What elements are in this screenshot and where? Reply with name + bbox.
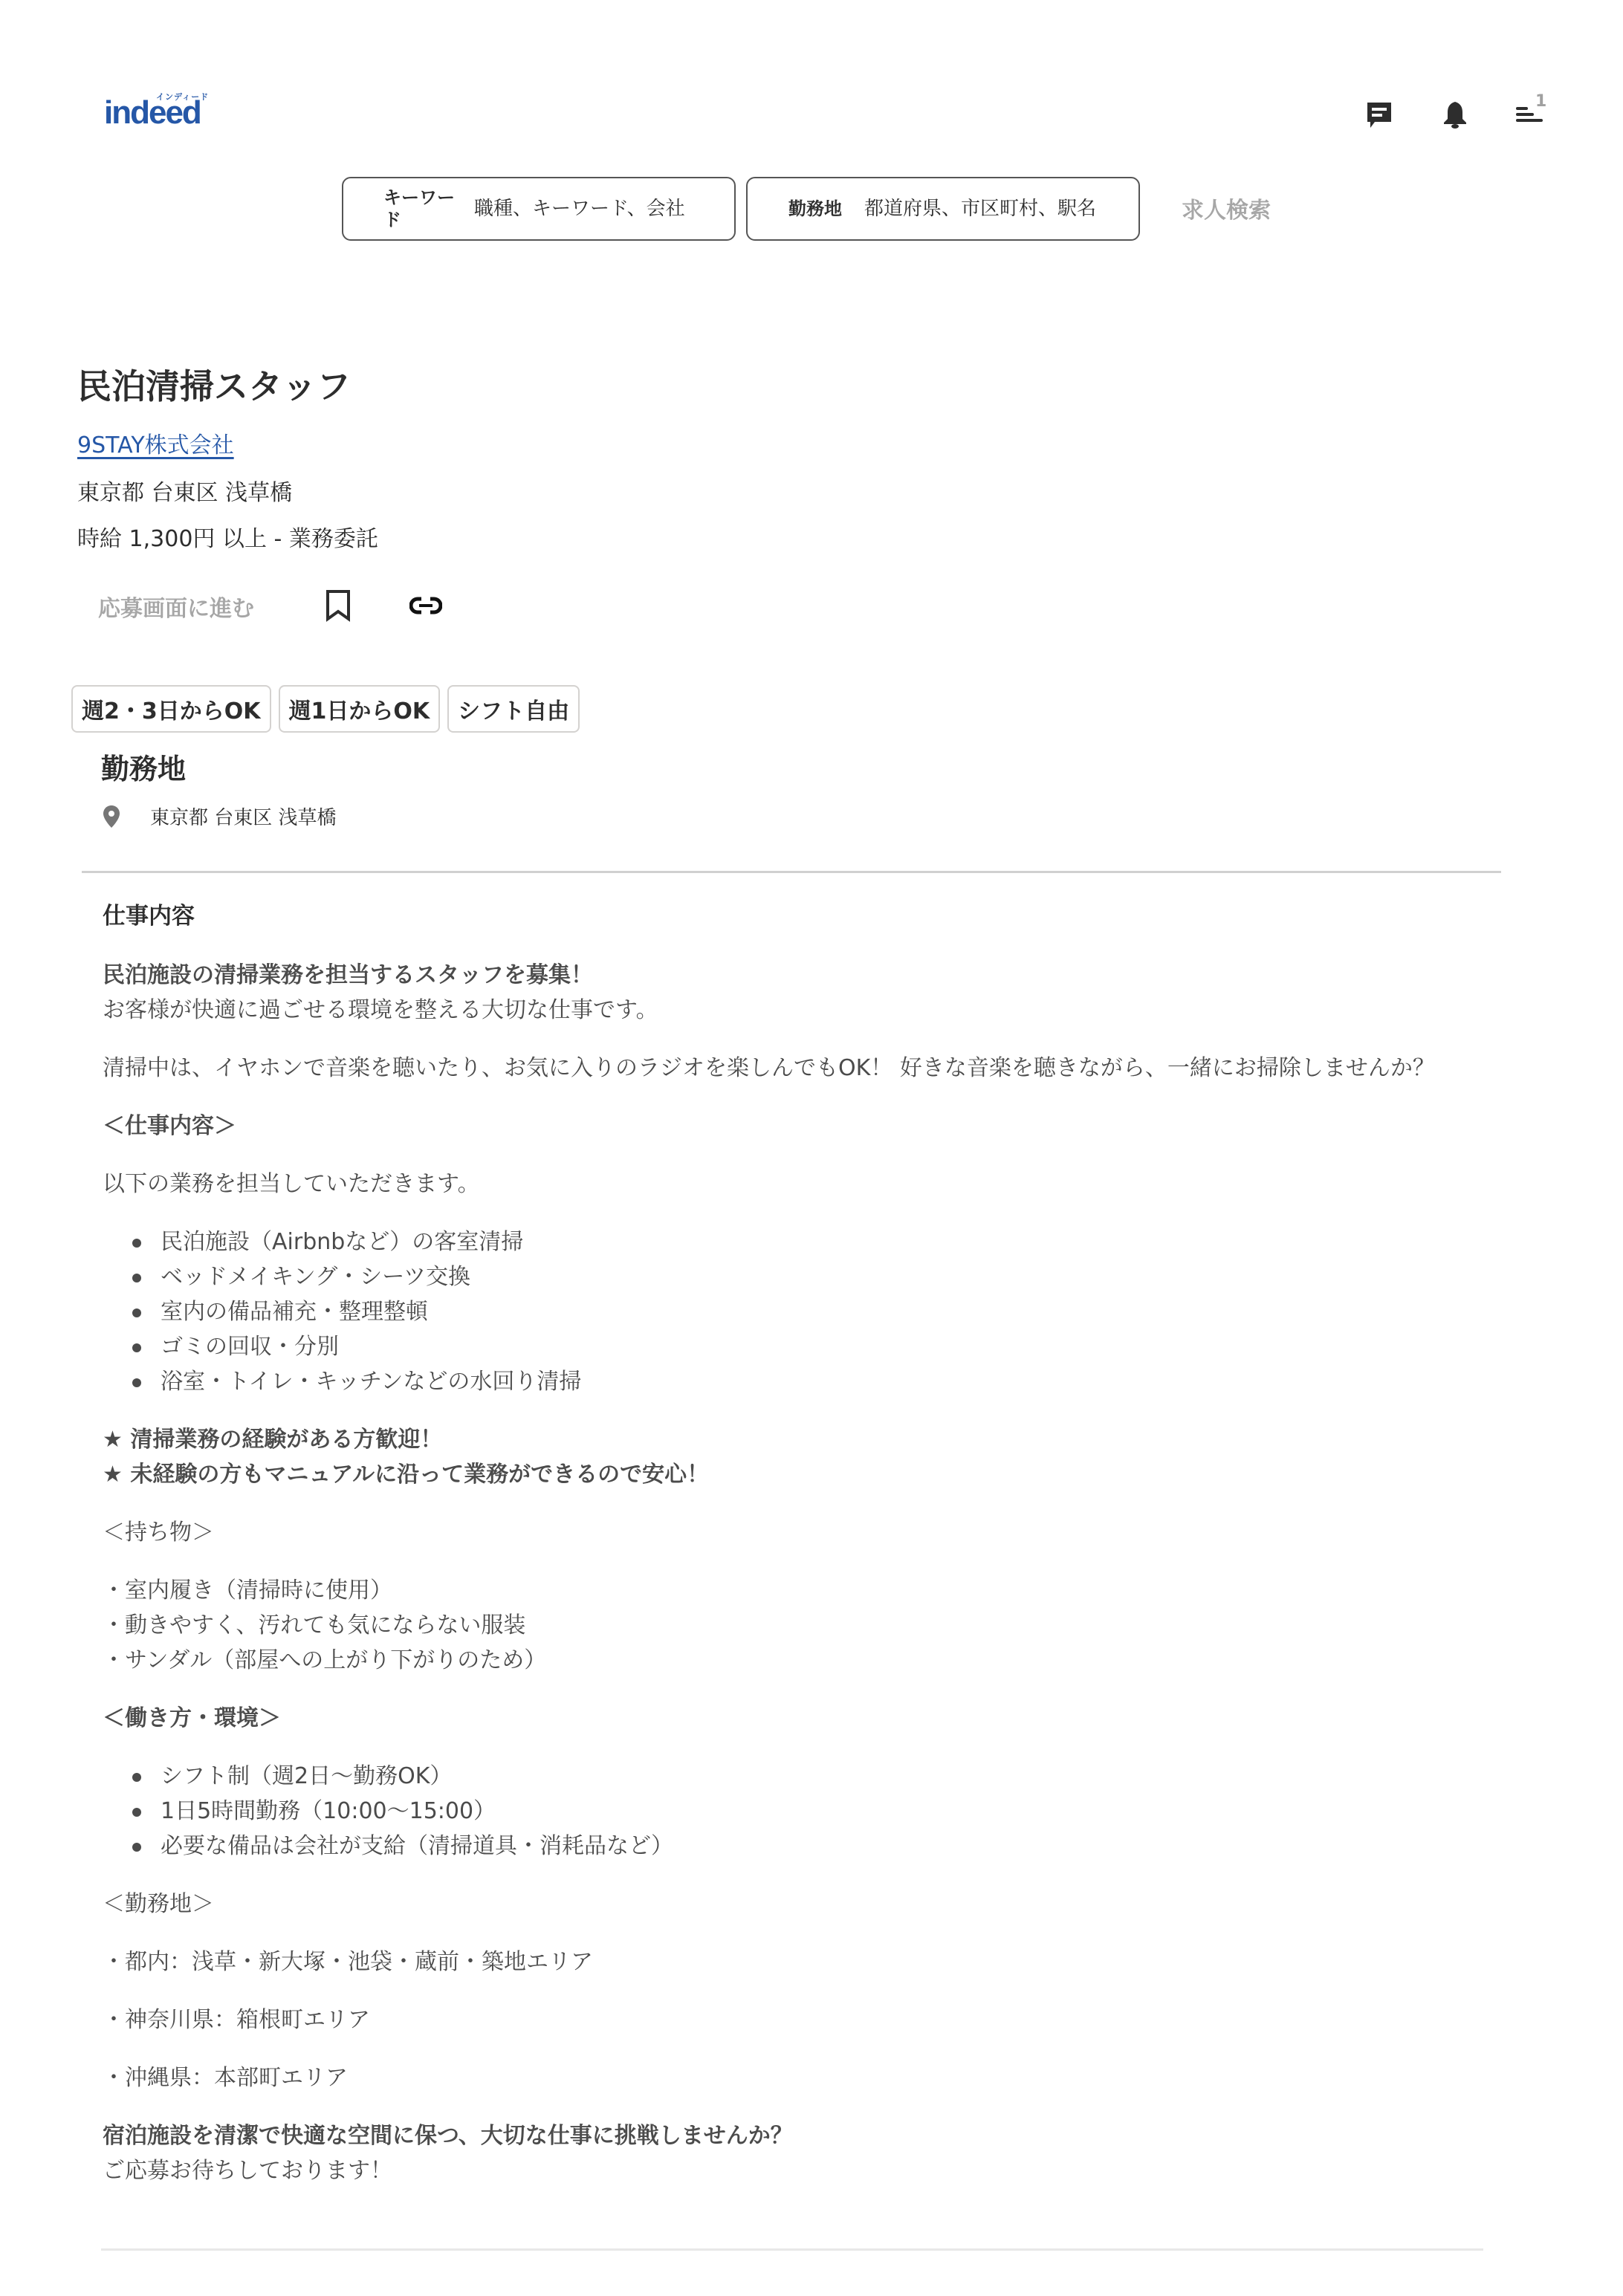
- workstyle-heading: ＜働き方・環境＞: [103, 1701, 1500, 1736]
- logo-text: indeed: [104, 94, 201, 132]
- job-tag: 週2・3日からOK: [71, 685, 271, 733]
- duties-heading: ＜仕事内容＞: [103, 1109, 1500, 1144]
- indeed-logo[interactable]: インディード indeed: [104, 91, 216, 135]
- location-input[interactable]: [864, 198, 1095, 220]
- location-pin-icon: [103, 805, 120, 828]
- area-item: ・沖縄県：本部町エリア: [103, 2060, 1500, 2095]
- job-tags: 週2・3日からOK 週1日からOK シフト自由: [71, 685, 580, 733]
- location-search-field[interactable]: 勤務地: [746, 177, 1140, 241]
- company-link[interactable]: 9STAY株式会社: [77, 427, 234, 459]
- menu-badge: 1: [1535, 92, 1546, 111]
- job-tag: シフト自由: [447, 685, 580, 733]
- list-item: 浴室・トイレ・キッチンなどの水回り清掃: [132, 1364, 1500, 1399]
- duties-intro: 以下の業務を担当していただきます。: [103, 1167, 1500, 1201]
- save-job-button[interactable]: [320, 587, 357, 624]
- workplace-location: 東京都 台東区 浅草橋: [103, 802, 337, 830]
- apply-button[interactable]: 応募画面に進む: [98, 590, 254, 623]
- copy-link-button[interactable]: [407, 587, 444, 624]
- intro-bold: 民泊施設の清掃業務を担当するスタッフを募集！: [103, 962, 593, 988]
- link-icon: [409, 594, 442, 617]
- intro-text: お客様が快適に過ごせる環境を整える大切な仕事です。: [103, 997, 658, 1023]
- belonging-item: ・動きやすく、汚れても気にならない服装: [103, 1612, 525, 1638]
- bottom-divider: [101, 2248, 1483, 2251]
- workstyle-list: シフト制（週2日〜勤務OK） 1日5時間勤務（10:00〜15:00） 必要な備…: [132, 1759, 1500, 1864]
- section-divider: [82, 871, 1501, 873]
- list-item: ベッドメイキング・シーツ交換: [132, 1259, 1500, 1294]
- closing-bold: 宿泊施設を清潔で快適な空間に保つ、大切な仕事に挑戦しませんか？: [103, 2123, 793, 2149]
- list-item: 1日5時間勤務（10:00〜15:00）: [132, 1794, 1500, 1829]
- area-item: ・都内：浅草・新大塚・池袋・蔵前・築地エリア: [103, 1945, 1500, 1979]
- star-note: ★ 清掃業務の経験がある方歓迎！: [103, 1427, 442, 1453]
- list-item: 民泊施設（Airbnbなど）の客室清掃: [132, 1225, 1500, 1259]
- location-label: 勤務地: [788, 198, 842, 220]
- workplace-heading: 勤務地: [101, 746, 186, 787]
- bookmark-icon: [325, 589, 352, 622]
- keyword-input[interactable]: [474, 198, 704, 220]
- job-description: 仕事内容 民泊施設の清掃業務を担当するスタッフを募集！ お客様が快適に過ごせる環…: [103, 899, 1500, 2211]
- closing-text: ご応募お待ちしております！: [103, 2158, 392, 2184]
- description-heading: 仕事内容: [103, 899, 1500, 934]
- belongings-heading: ＜持ち物＞: [103, 1515, 1500, 1550]
- list-item: 室内の備品補充・整理整頓: [132, 1294, 1500, 1329]
- job-location: 東京都 台東区 浅草橋: [77, 474, 292, 507]
- job-tag: 週1日からOK: [279, 685, 441, 733]
- belonging-item: ・サンダル（部屋への上がり下がりのため）: [103, 1647, 546, 1673]
- belonging-item: ・室内履き（清掃時に使用）: [103, 1577, 392, 1603]
- area-item: ・神奈川県：箱根町エリア: [103, 2002, 1500, 2037]
- music-text: 清掃中は、イヤホンで音楽を聴いたり、お気に入りのラジオを楽しんでもOK！ 好きな…: [103, 1051, 1500, 1086]
- messages-button[interactable]: [1357, 92, 1402, 137]
- list-item: 必要な備品は会社が支給（清掃道具・消耗品など）: [132, 1829, 1500, 1864]
- duties-list: 民泊施設（Airbnbなど）の客室清掃 ベッドメイキング・シーツ交換 室内の備品…: [132, 1225, 1500, 1399]
- workplace-location-text: 東京都 台東区 浅草橋: [150, 802, 337, 830]
- site-header: インディード indeed 1: [0, 0, 1623, 149]
- search-button[interactable]: 求人検索: [1182, 192, 1271, 224]
- keyword-label: キーワード: [383, 187, 465, 231]
- bell-icon: [1440, 100, 1470, 129]
- star-note: ★ 未経験の方もマニュアルに沿って業務ができるので安心！: [103, 1462, 709, 1488]
- list-item: ゴミの回収・分別: [132, 1329, 1500, 1364]
- areas-heading: ＜勤務地＞: [103, 1887, 1500, 1922]
- job-salary: 時給 1,300円 以上 - 業務委託: [77, 520, 378, 553]
- job-title: 民泊清掃スタッフ: [77, 360, 351, 409]
- list-item: シフト制（週2日〜勤務OK）: [132, 1759, 1500, 1794]
- keyword-search-field[interactable]: キーワード: [342, 177, 736, 241]
- message-icon: [1364, 100, 1394, 129]
- notifications-button[interactable]: [1433, 92, 1477, 137]
